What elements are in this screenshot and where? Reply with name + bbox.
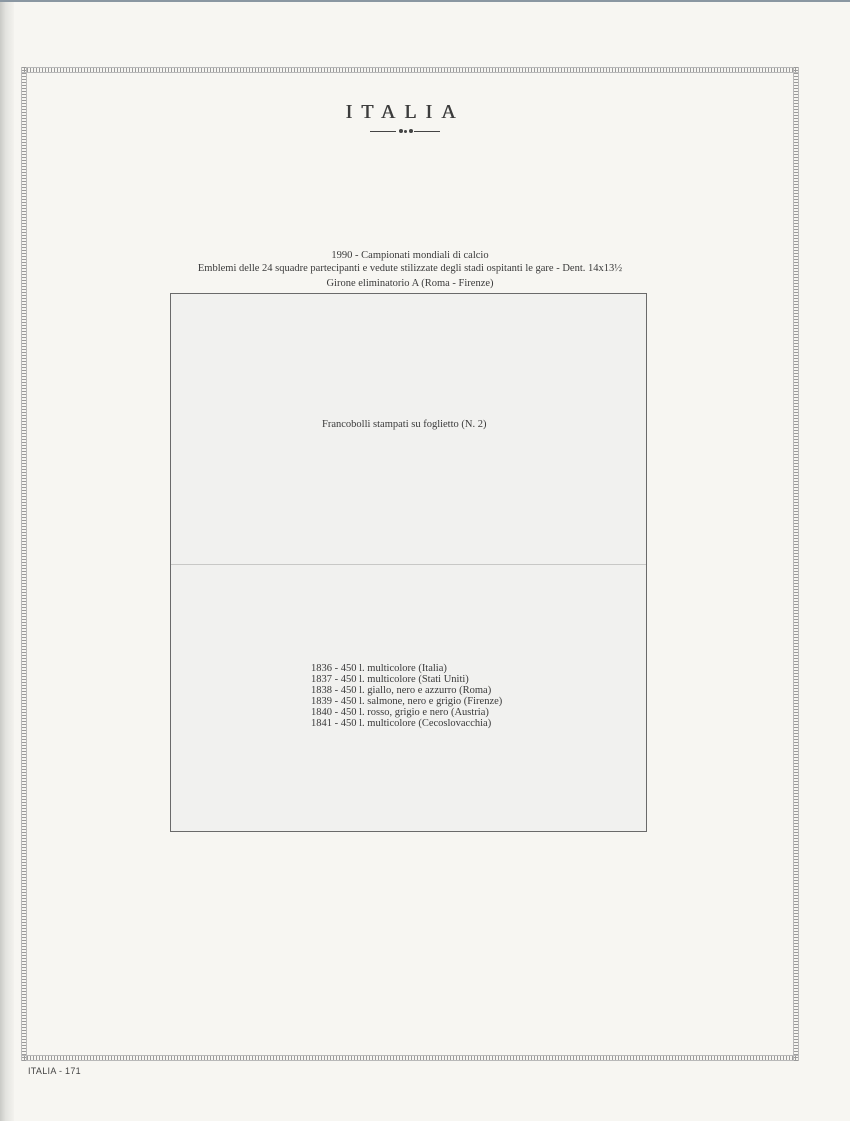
issue-group: Girone eliminatorio A (Roma - Firenze): [170, 278, 650, 291]
frame-border-right: [793, 67, 799, 1061]
page-footer-label: ITALIA - 171: [28, 1066, 81, 1076]
frame-border-left: [21, 67, 27, 1061]
stamp-list-item: 1840 - 450 l. rosso, grigio e nero (Aust…: [311, 707, 502, 718]
stamp-list: 1836 - 450 l. multicolore (Italia) 1837 …: [311, 663, 502, 729]
issue-heading: 1990 - Campionati mondiali di calcio Emb…: [170, 250, 650, 291]
title-ornament-icon: [370, 129, 440, 135]
page-top-edge: [0, 0, 850, 2]
stamp-list-item: 1838 - 450 l. giallo, nero e azzurro (Ro…: [311, 685, 502, 696]
stamp-list-item: 1839 - 450 l. salmone, nero e grigio (Fi…: [311, 696, 502, 707]
issue-description: Emblemi delle 24 squadre partecipanti e …: [170, 263, 650, 276]
sheet-note: Francobolli stampati su foglietto (N. 2): [322, 419, 486, 430]
page-edge-shadow: [0, 0, 14, 1121]
stamp-mount-box: Francobolli stampati su foglietto (N. 2)…: [170, 293, 647, 832]
country-title: ITALIA: [0, 101, 810, 124]
issue-year-title: 1990 - Campionati mondiali di calcio: [170, 250, 650, 263]
frame-border-top: [21, 67, 799, 73]
box-divider: [171, 564, 646, 565]
stamp-list-item: 1837 - 450 l. multicolore (Stati Uniti): [311, 674, 502, 685]
stamp-list-item: 1836 - 450 l. multicolore (Italia): [311, 663, 502, 674]
frame-border-bottom: [21, 1055, 799, 1061]
stamp-list-item: 1841 - 450 l. multicolore (Cecoslovacchi…: [311, 718, 502, 729]
